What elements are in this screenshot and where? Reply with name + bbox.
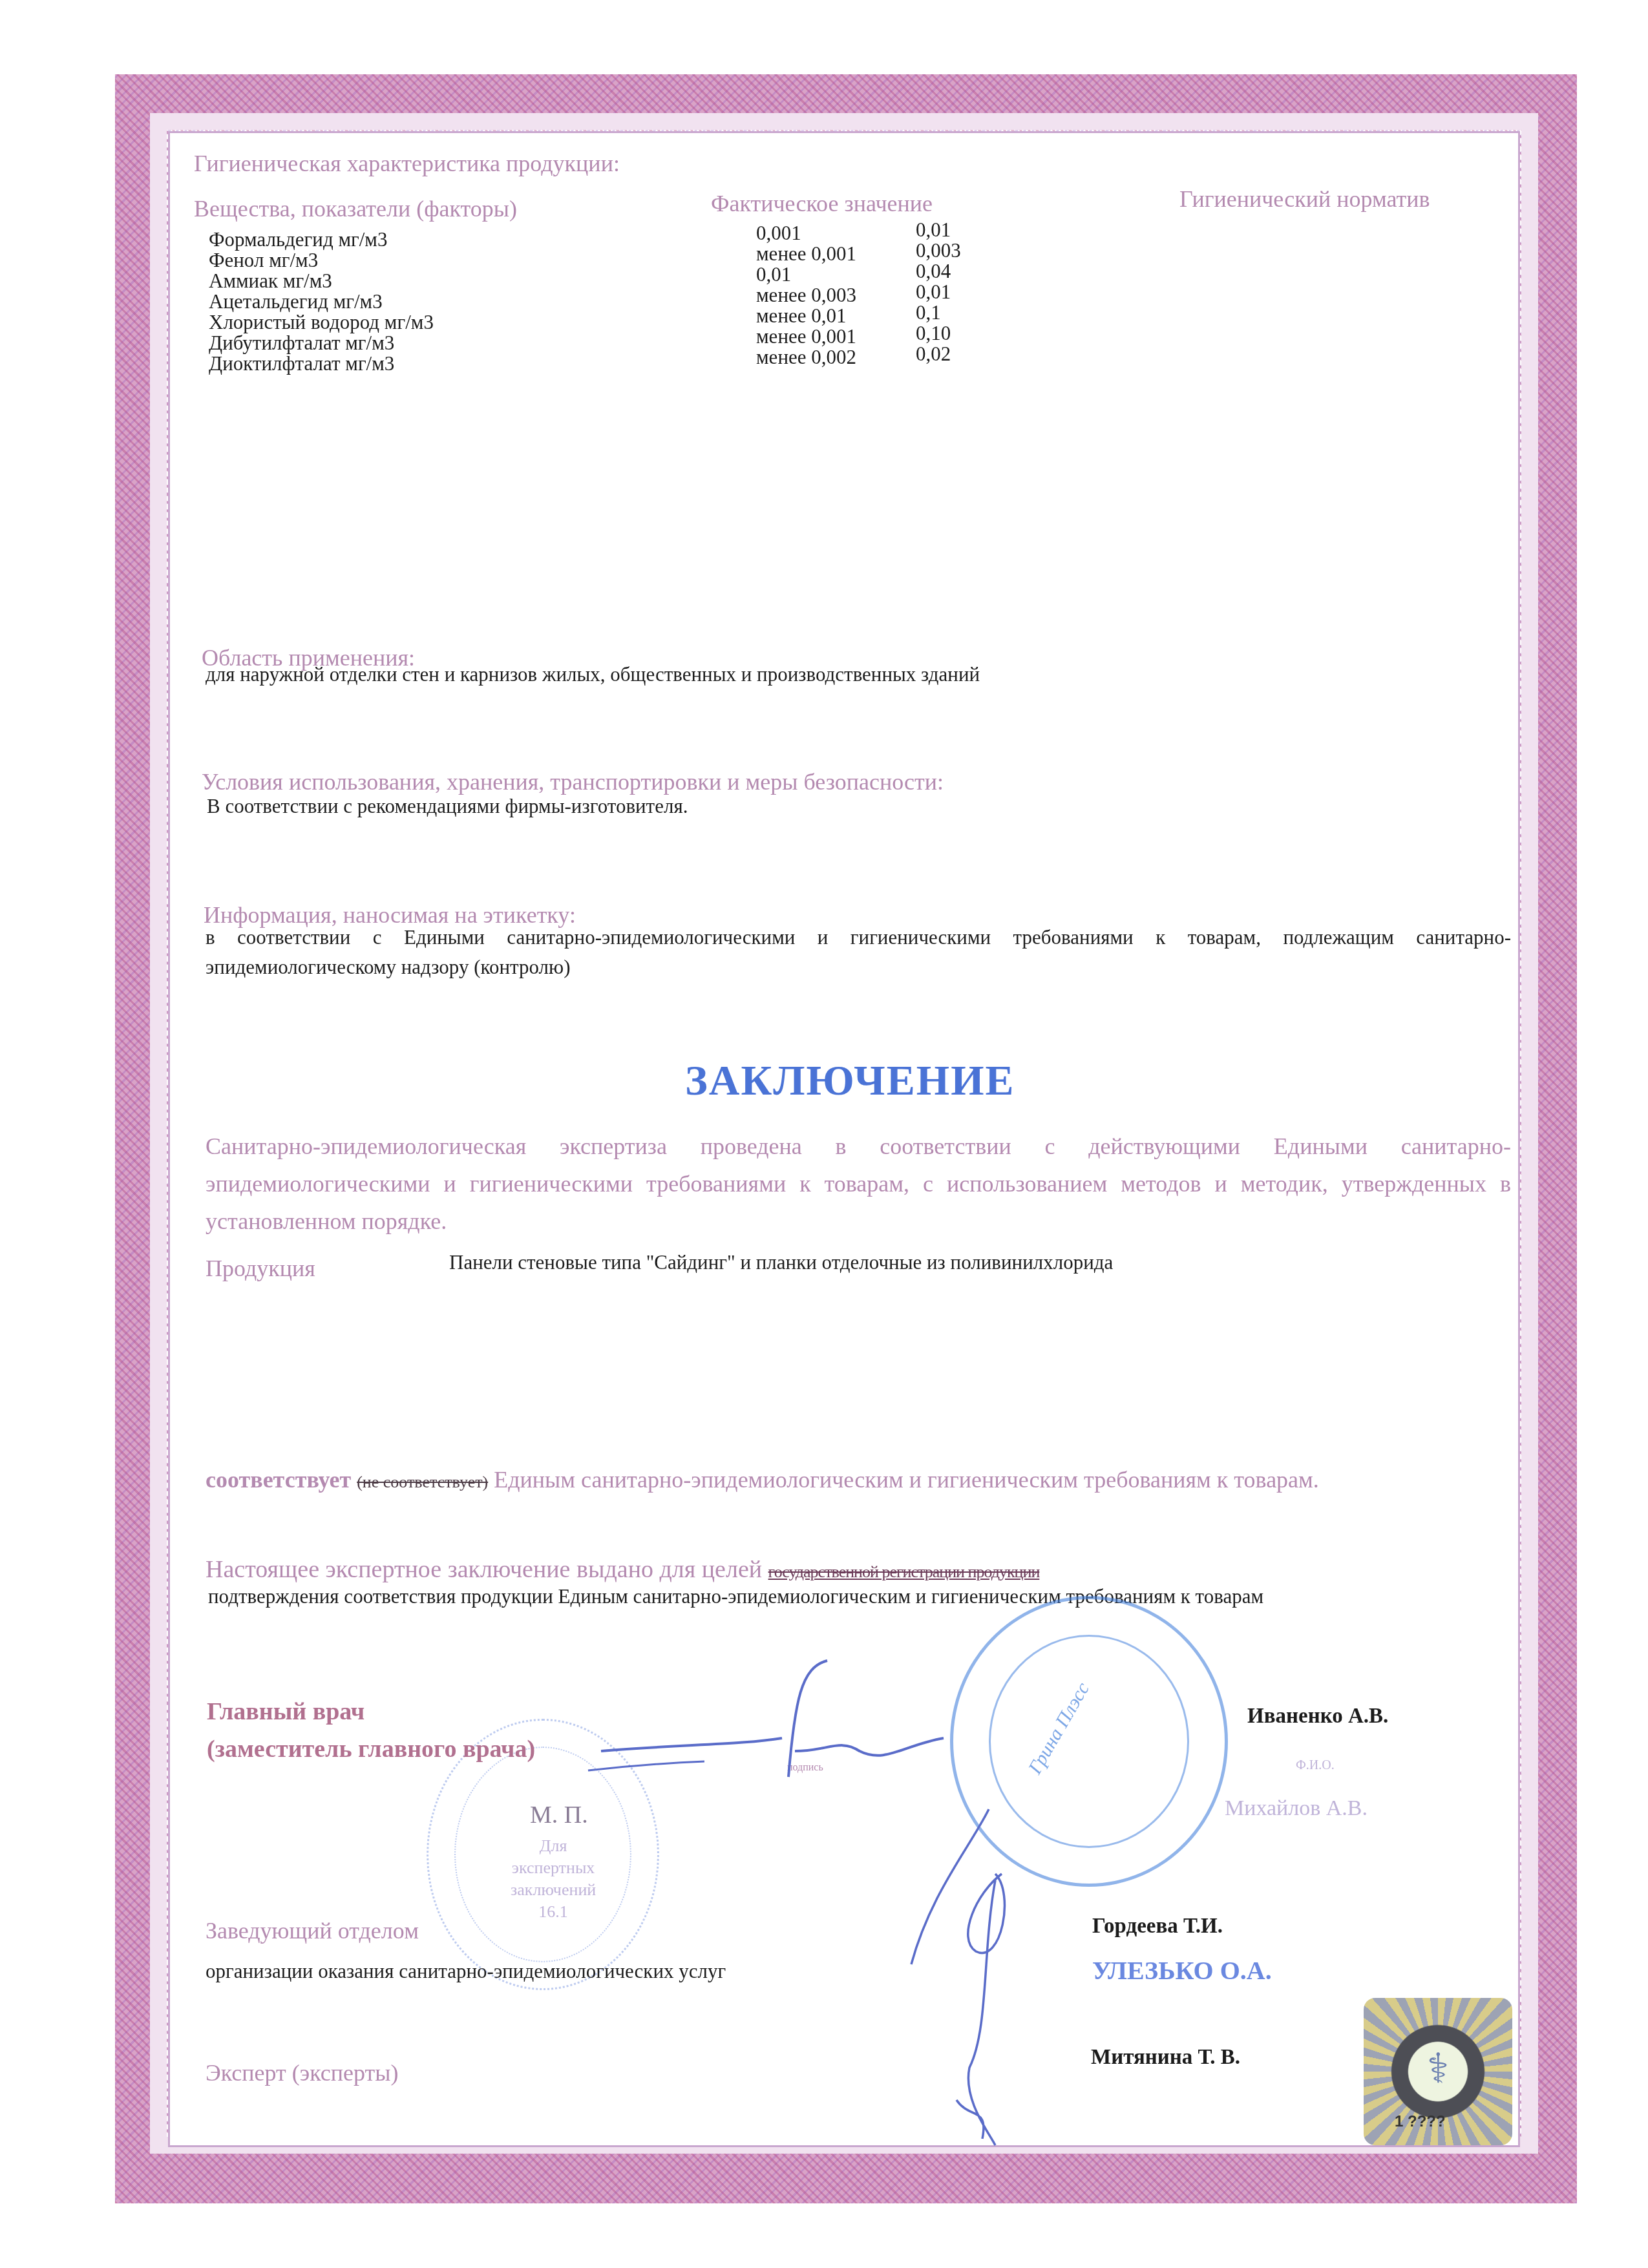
fio-caption: Ф.И.О. xyxy=(1296,1759,1335,1772)
conclusion-intro: Санитарно-эпидемиологическая экспертиза … xyxy=(206,1128,1511,1240)
dept-stamp-name: УЛЕЗЬКО О.А. xyxy=(1092,1958,1272,1984)
hologram-seal: ⚕ 1 ???? xyxy=(1364,1998,1512,2145)
product-label: Продукция xyxy=(206,1257,315,1280)
substance-cell: Диоктилфталат мг/м3 xyxy=(209,353,434,374)
norm-value-cell: 0,01 xyxy=(916,220,961,240)
product-value: Панели стеновые типа "Сайдинг" и планки … xyxy=(449,1252,1113,1272)
substance-cell: Аммиак мг/м3 xyxy=(209,271,434,291)
hologram-number: 1 ???? xyxy=(1395,2113,1446,2131)
issued-line: Настоящее экспертное заключение выдано д… xyxy=(206,1557,1039,1582)
actual-value-cell: менее 0,001 xyxy=(756,326,856,347)
substance-list: Формальдегид мг/м3 Фенол мг/м3 Аммиак мг… xyxy=(209,229,434,374)
hygiene-section-label: Гигиеническая характеристика продукции: xyxy=(194,152,620,175)
medical-emblem-icon: ⚕ xyxy=(1427,2045,1450,2093)
conditions-value: В соответствии с рекомендациями фирмы-из… xyxy=(207,796,688,816)
chief-label-2: (заместитель главного врача) xyxy=(207,1737,535,1761)
label-info-value: в соответствии с Едиными санитарно-эпиде… xyxy=(206,923,1511,982)
norm-value-cell: 0,1 xyxy=(916,302,961,323)
column-header-norm: Гигиенический норматив xyxy=(1179,187,1430,211)
substance-cell: Ацетальдегид мг/м3 xyxy=(209,291,434,312)
stamp-inner-line: Для xyxy=(511,1835,596,1857)
complies-label: соответствует xyxy=(206,1467,351,1493)
actual-value-cell: менее 0,003 xyxy=(756,285,856,306)
norm-value-cell: 0,10 xyxy=(916,323,961,344)
chief-label-1: Главный врач xyxy=(207,1699,364,1724)
signature-chief-icon xyxy=(582,1648,969,1796)
dept-head-name: Гордеева Т.И. xyxy=(1092,1916,1223,1937)
column-header-actual: Фактическое значение xyxy=(711,192,933,215)
norm-value-cell: 0,01 xyxy=(916,282,961,302)
conclusion-heading: ЗАКЛЮЧЕНИЕ xyxy=(685,1060,1015,1102)
actual-value-cell: менее 0,002 xyxy=(756,347,856,368)
stamp-inner-line: заключений xyxy=(511,1879,596,1901)
stamp-inner-line: экспертных xyxy=(511,1857,596,1879)
actual-value-list: 0,001 менее 0,001 0,01 менее 0,003 менее… xyxy=(756,223,856,368)
stamp-inner-text: Для экспертных заключений 16.1 xyxy=(511,1835,596,1923)
substance-cell: Дибутилфталат мг/м3 xyxy=(209,333,434,353)
conditions-label: Условия использования, хранения, транспо… xyxy=(202,770,944,793)
substance-cell: Формальдегид мг/м3 xyxy=(209,229,434,250)
signature-expert-icon xyxy=(892,1796,1086,2158)
actual-value-cell: менее 0,001 xyxy=(756,244,856,264)
complies-struck: (не соответствует) xyxy=(357,1473,488,1491)
substance-cell: Хлористый водород мг/м3 xyxy=(209,312,434,333)
expert-name: Митянина Т. В. xyxy=(1091,2047,1240,2068)
actual-value-cell: 0,01 xyxy=(756,264,856,285)
application-value: для наружной отделки стен и карнизов жил… xyxy=(206,664,980,684)
chief-name-faded: Михайлов А.В. xyxy=(1225,1798,1368,1820)
expert-label: Эксперт (эксперты) xyxy=(206,2061,399,2084)
issued-struck: государственной регистрации продукции xyxy=(768,1564,1040,1580)
substance-cell: Фенол мг/м3 xyxy=(209,250,434,271)
actual-value-cell: менее 0,01 xyxy=(756,306,856,326)
dept-org: организации оказания санитарно-эпидемиол… xyxy=(206,1961,726,1981)
chief-name: Иваненко А.В. xyxy=(1247,1706,1388,1727)
norm-value-list: 0,01 0,003 0,04 0,01 0,1 0,10 0,02 xyxy=(916,220,961,364)
norm-value-cell: 0,02 xyxy=(916,344,961,364)
norm-value-cell: 0,04 xyxy=(916,261,961,282)
complies-line: соответствует (не соответствует) Единым … xyxy=(206,1468,1319,1491)
complies-rest: Единым санитарно-эпидемиологическим и ги… xyxy=(494,1467,1319,1493)
stamp-inner-line: 16.1 xyxy=(511,1901,596,1923)
dept-head-label: Заведующий отделом xyxy=(206,1919,419,1942)
actual-value-cell: 0,001 xyxy=(756,223,856,244)
norm-value-cell: 0,003 xyxy=(916,240,961,261)
column-header-substance: Вещества, показатели (факторы) xyxy=(194,197,517,220)
issued-label: Настоящее экспертное заключение выдано д… xyxy=(206,1556,762,1583)
stamp-mp-label: М. П. xyxy=(530,1803,588,1827)
